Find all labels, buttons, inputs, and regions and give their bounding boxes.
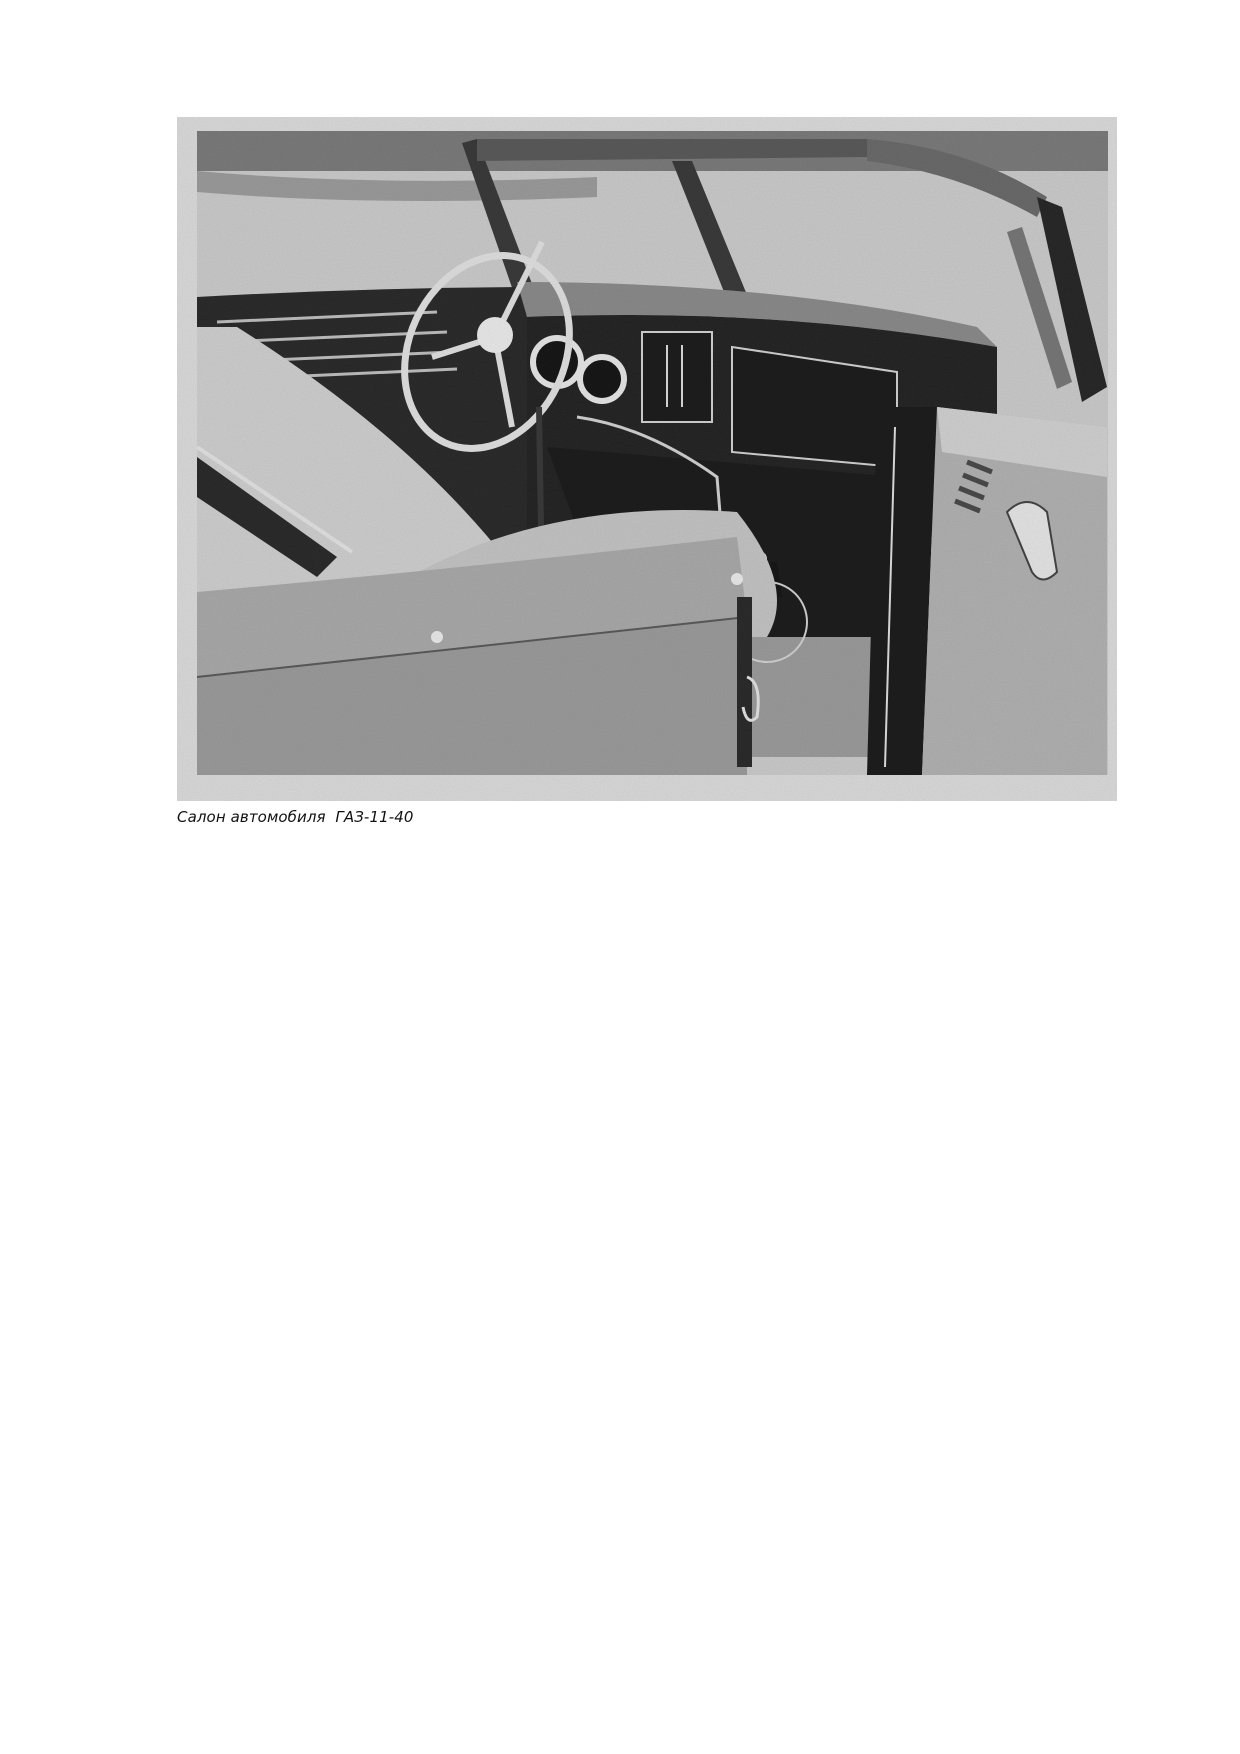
car-interior-photo — [177, 117, 1117, 801]
photo-illustration — [177, 117, 1117, 801]
document-page: Салон автомобиля ГАЗ-11-40 — [0, 0, 1240, 1754]
figure-caption: Салон автомобиля ГАЗ-11-40 — [177, 808, 414, 826]
